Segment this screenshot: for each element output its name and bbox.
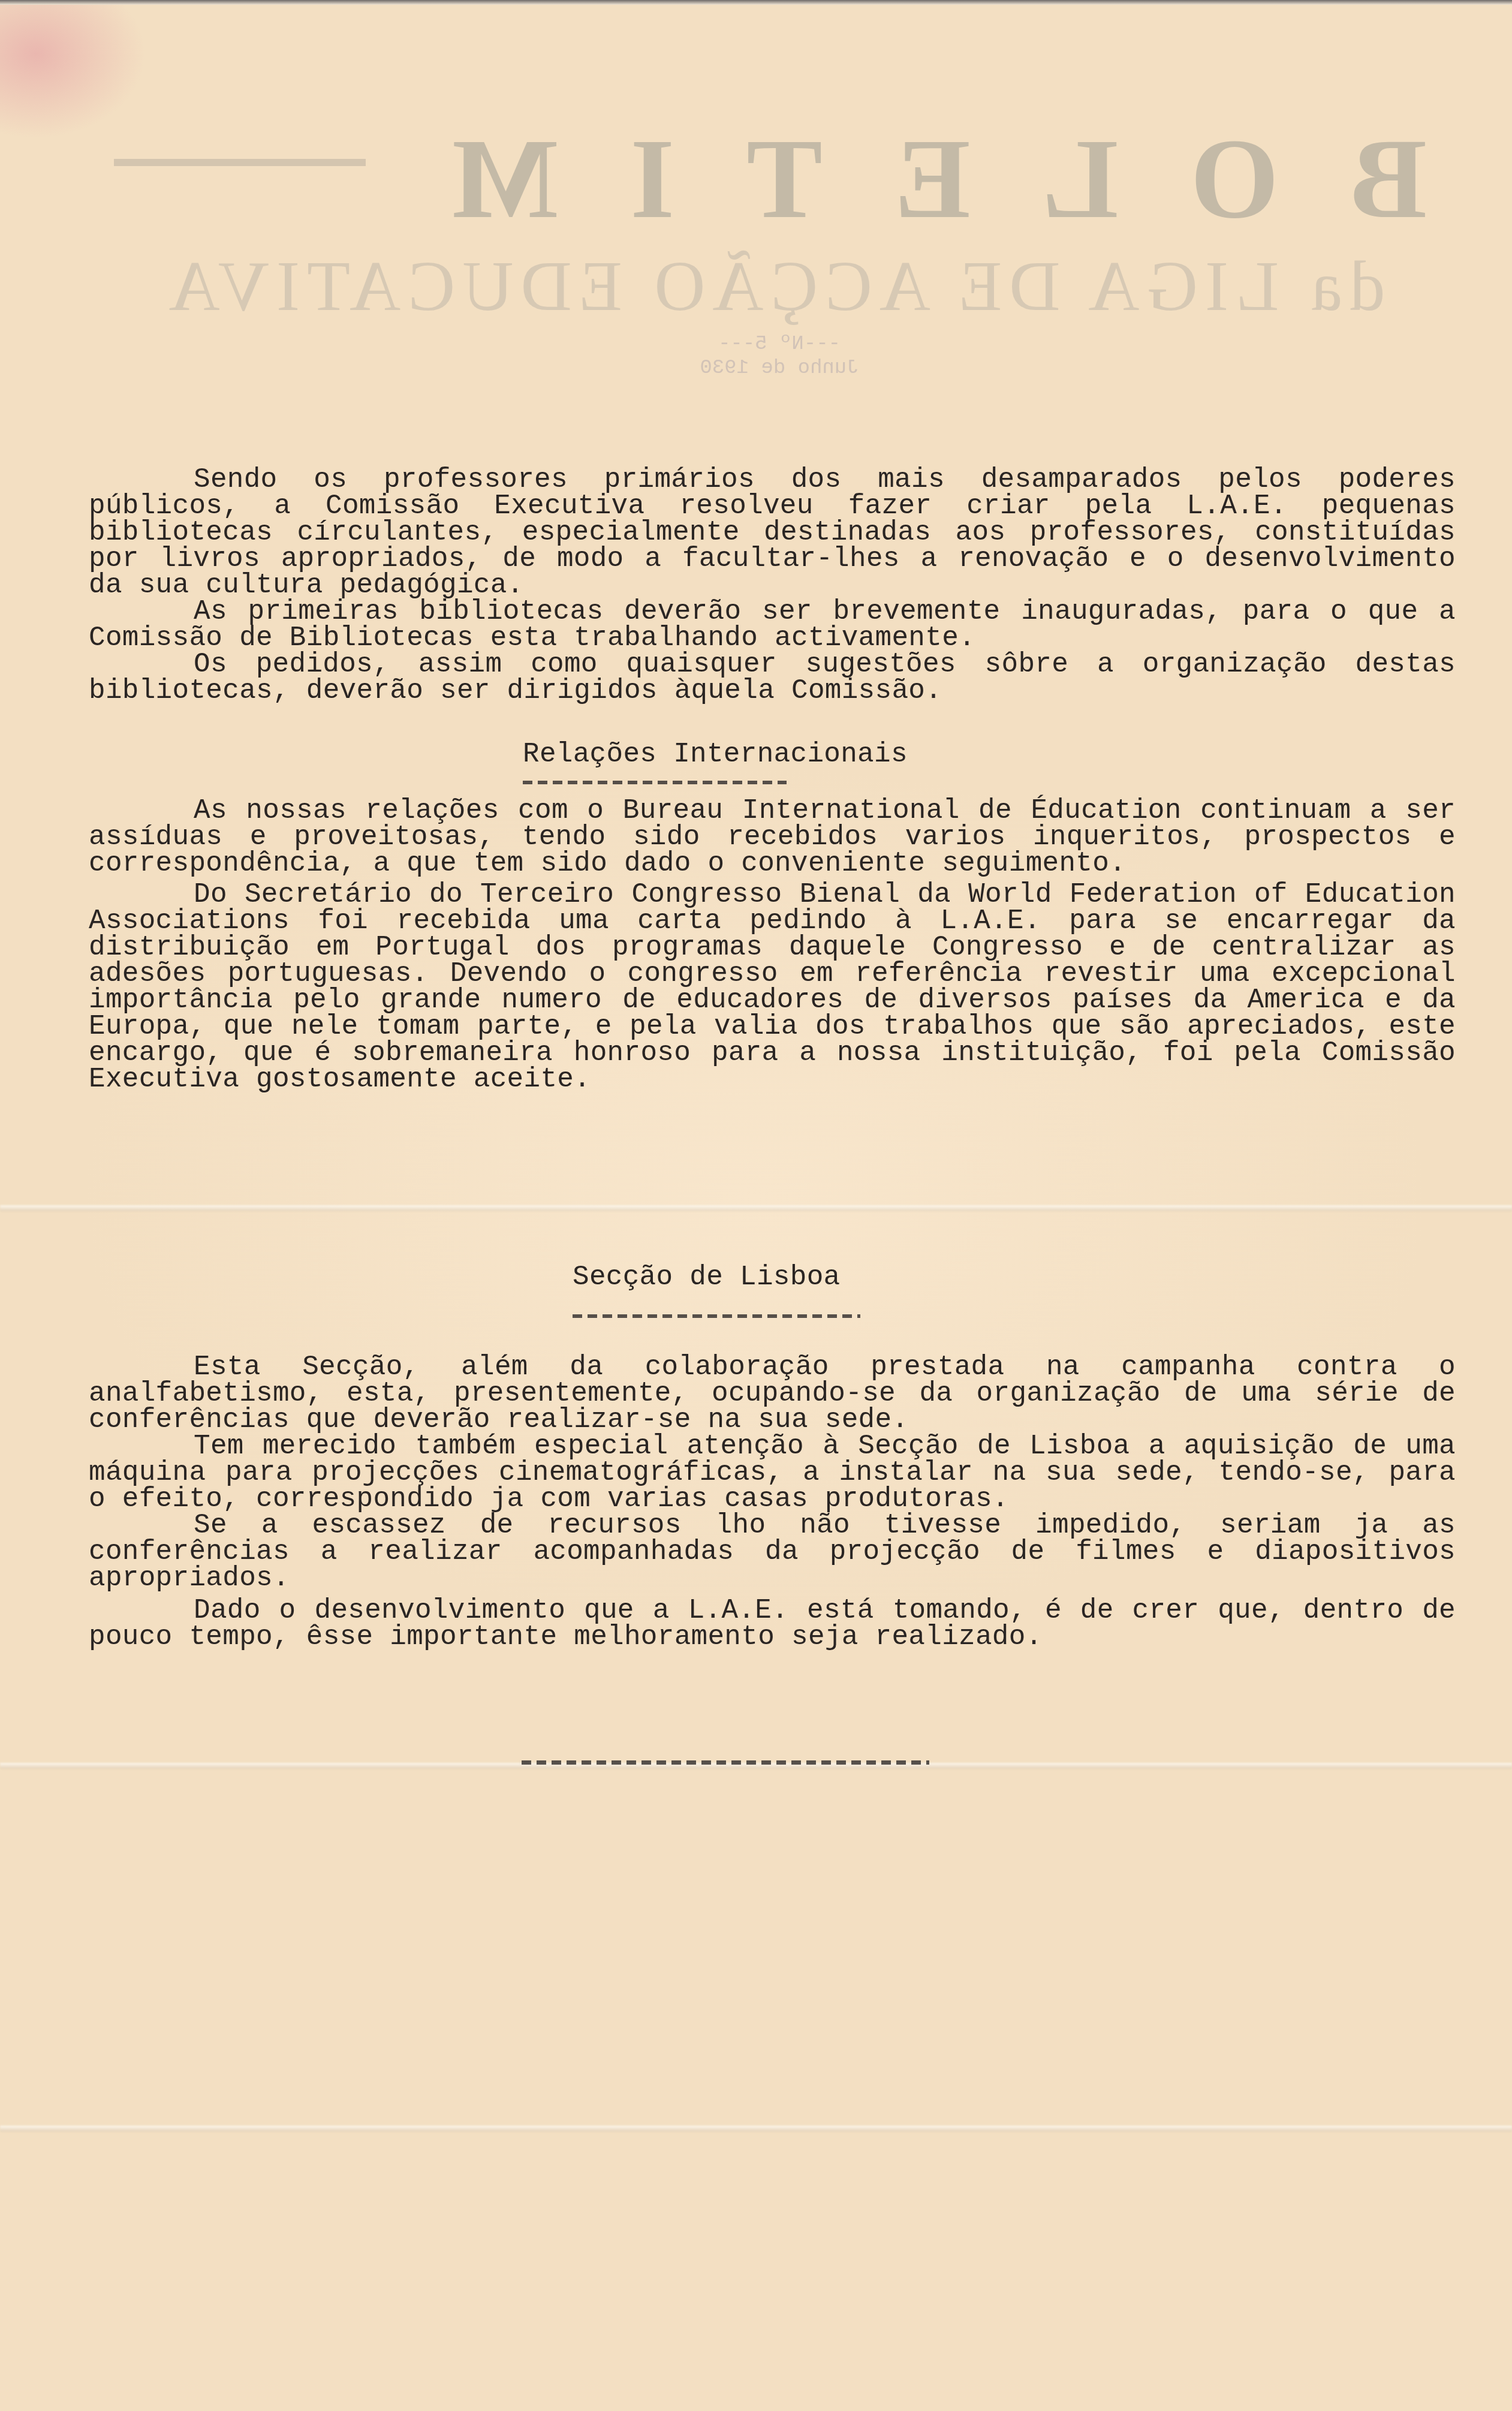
section-2-paragraph-4: Dado o desenvolvimento que a L.A.E. está… — [89, 1597, 1456, 1650]
paper-fold-upper — [0, 1205, 1512, 1211]
section-2-paragraph-3: Se a escassez de recursos lho não tivess… — [89, 1512, 1456, 1591]
show-through-issue: ---Nº 5--- — [600, 333, 959, 356]
section-2-paragraph-2: Tem merecido também especial atenção à S… — [89, 1433, 1456, 1512]
section-1-paragraph-1: As nossas relações com o Bureau Internat… — [89, 797, 1456, 877]
section-heading-seccao-de-lisboa: Secção de Lisboa — [573, 1262, 840, 1293]
paper-fold-lower — [0, 2126, 1512, 2132]
section-2-paragraph-1: Esta Secção, além da colaboração prestad… — [89, 1354, 1456, 1433]
heading-underline — [573, 1314, 860, 1318]
intro-section: Sendo os professores primários dos mais … — [89, 466, 1456, 704]
closing-divider — [522, 1760, 929, 1765]
show-through-title: BOLETIM — [492, 114, 1427, 245]
paper-top-edge — [0, 0, 1512, 5]
show-through-rule — [114, 159, 366, 166]
intro-paragraph-3: Os pedidos, assim como quaisquer sugestõ… — [89, 651, 1456, 704]
intro-paragraph-2: As primeiras bibliotecas deverão ser bre… — [89, 598, 1456, 651]
show-through-subtitle: da LIGA DE ACÇÃO EDUCATIVA — [108, 246, 1439, 327]
section-relacoes-internacionais: As nossas relações com o Bureau Internat… — [89, 797, 1456, 1092]
section-heading-relacoes-internacionais: Relações Internacionais — [523, 739, 908, 770]
heading-underline — [523, 781, 787, 784]
section-1-paragraph-2: Do Secretário do Terceiro Congresso Bien… — [89, 881, 1456, 1092]
intro-paragraph-1: Sendo os professores primários dos mais … — [89, 466, 1456, 598]
section-seccao-de-lisboa: Esta Secção, além da colaboração prestad… — [89, 1354, 1456, 1650]
show-through-date: Junho de 1930 — [600, 357, 959, 380]
